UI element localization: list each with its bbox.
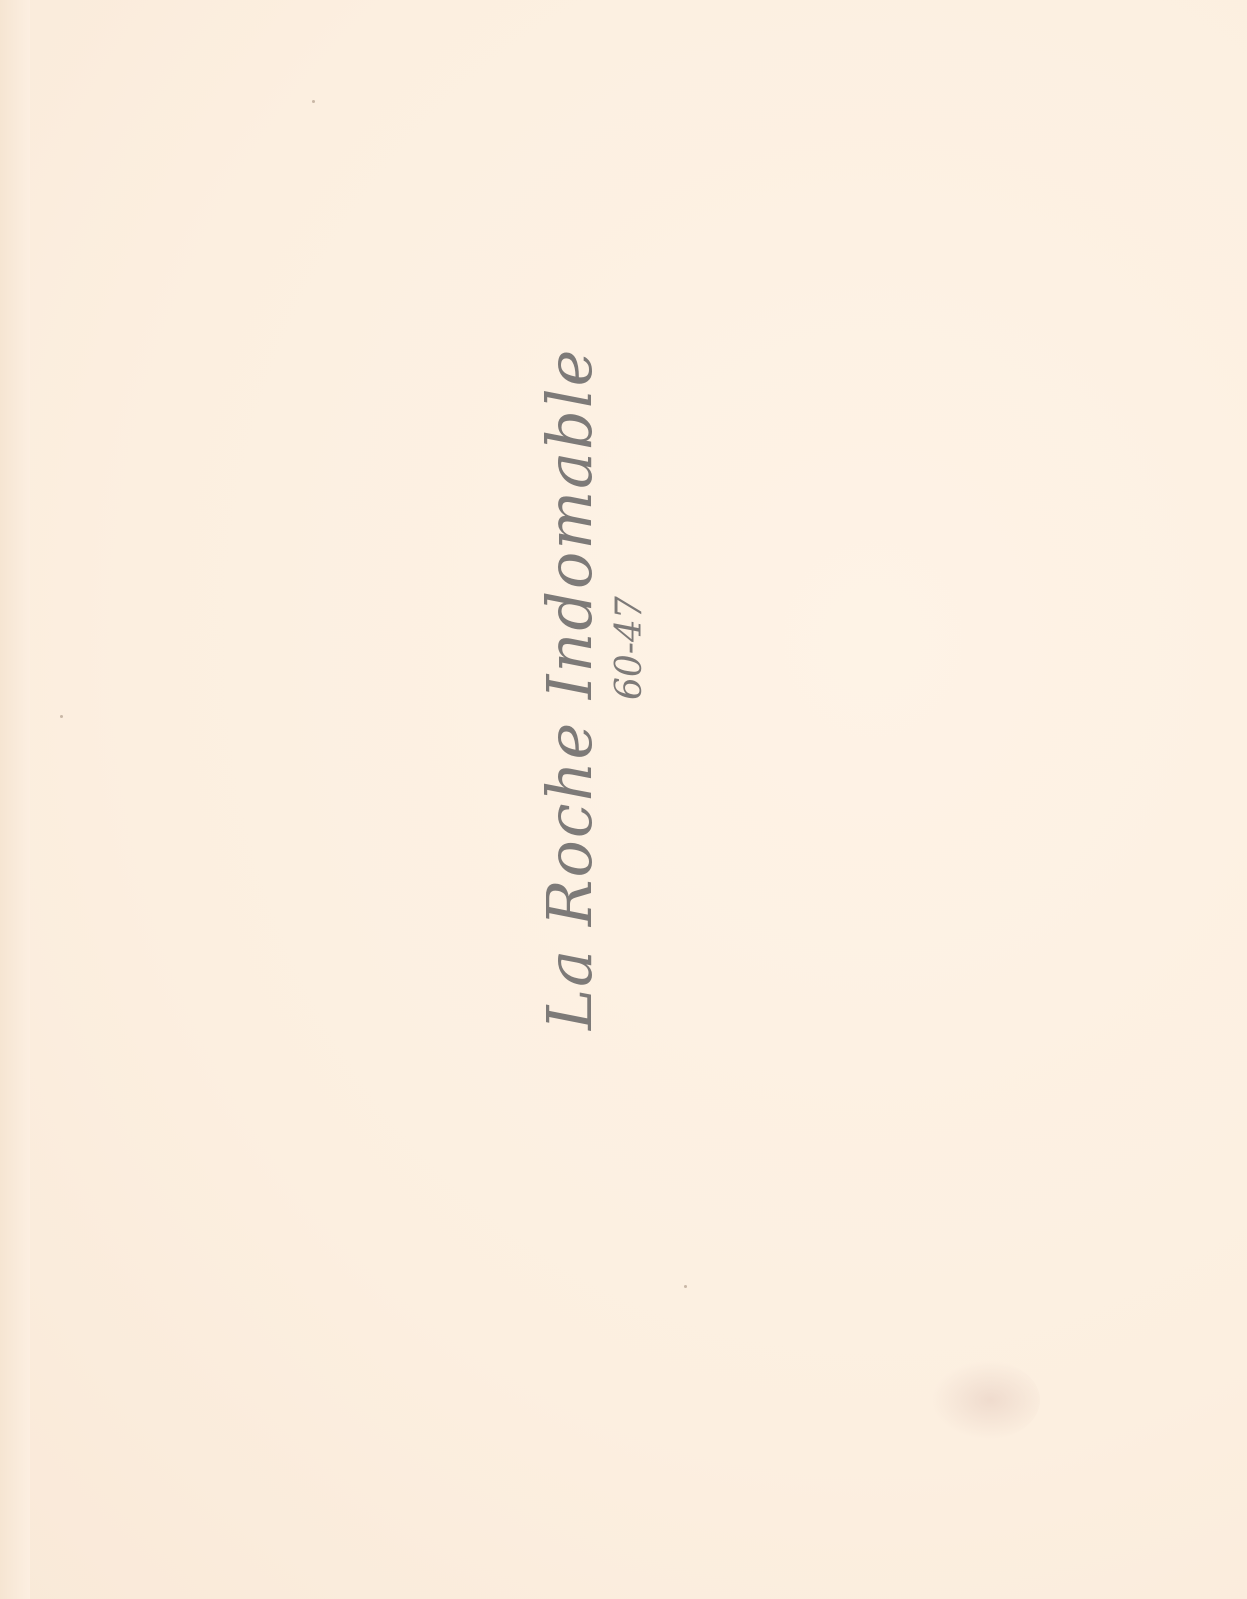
- handwritten-inscription: La Roche Indomable 60-47: [535, 348, 655, 1030]
- paper-stain: [930, 1360, 1040, 1440]
- paper-speck: [60, 715, 63, 718]
- inscription-number: 60-47: [605, 348, 655, 700]
- paper-left-edge: [0, 0, 30, 1599]
- paper-speck: [684, 1285, 687, 1288]
- inscription-title: La Roche Indomable: [535, 348, 605, 1030]
- paper-speck: [312, 100, 315, 103]
- paper-sheet: La Roche Indomable 60-47: [0, 0, 1247, 1599]
